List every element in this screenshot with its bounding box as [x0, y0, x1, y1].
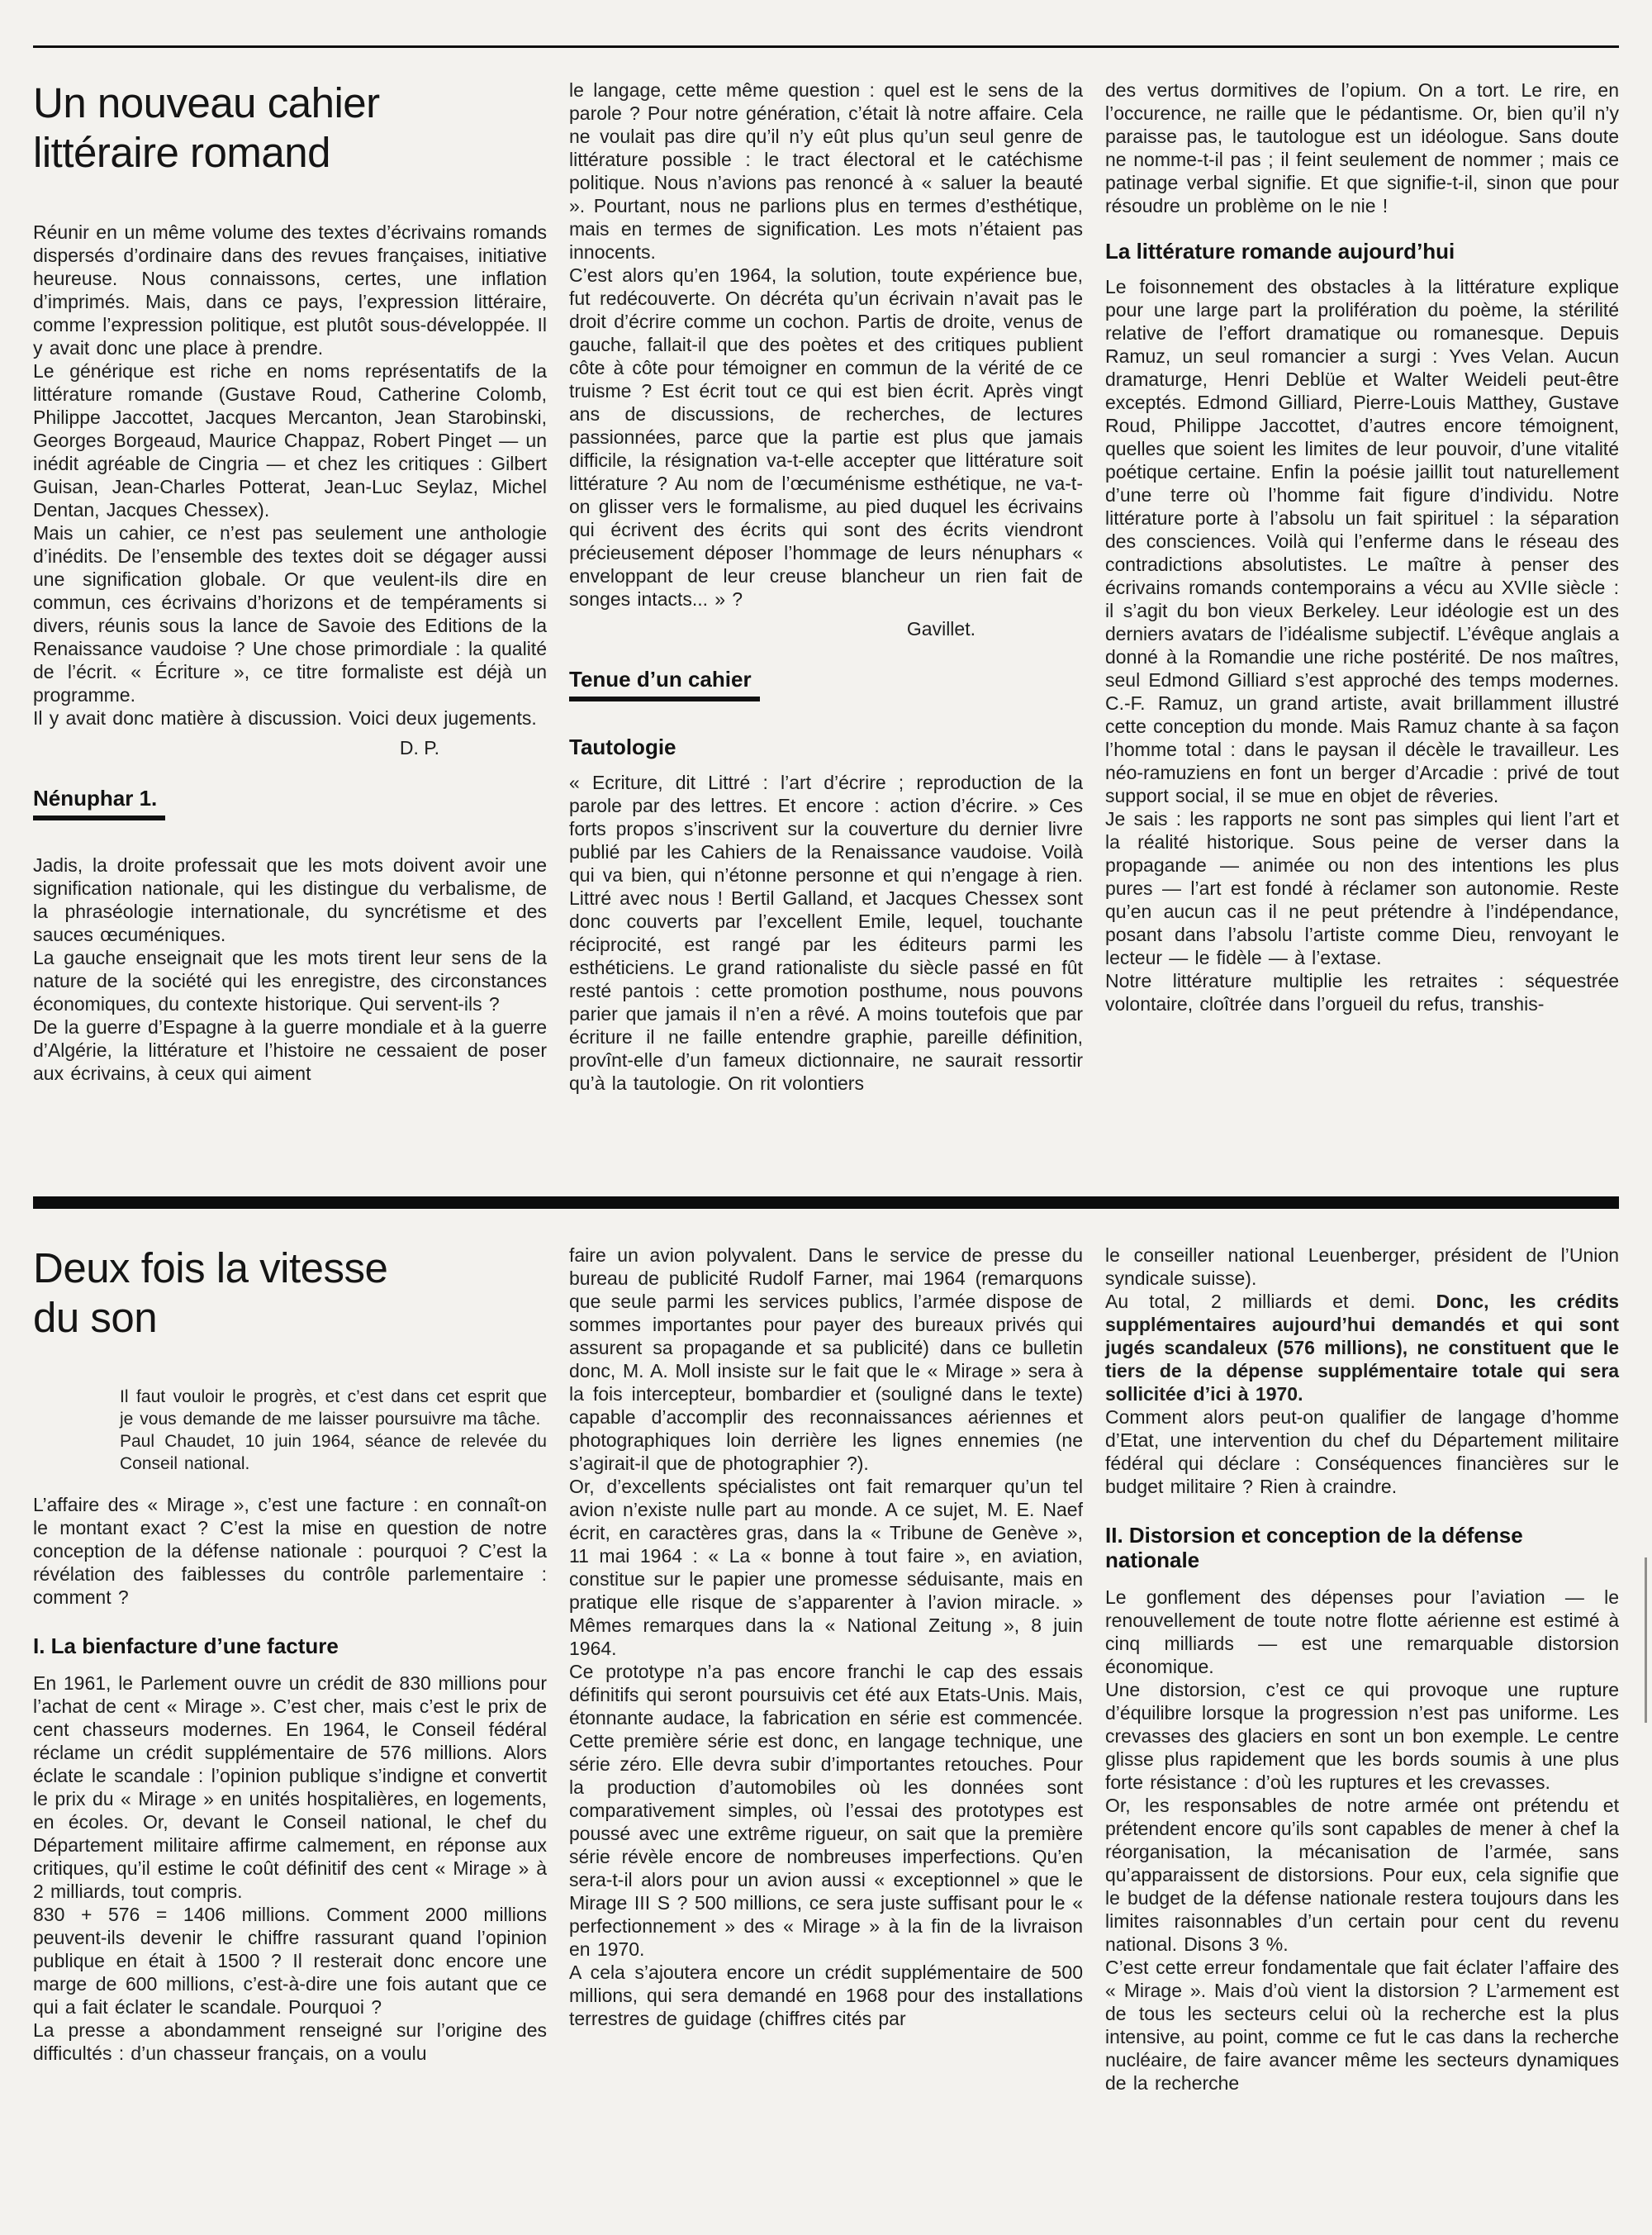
top-rule	[33, 45, 1619, 48]
article-mirage-column-3: le conseiller national Leuenberger, prés…	[1105, 1244, 1619, 2095]
paragraph: des vertus dormitives de l’opium. On a t…	[1105, 78, 1619, 217]
article-mirage-column-2: faire un avion polyvalent. Dans le servi…	[569, 1244, 1083, 2095]
subheading-litterature-romande: La littérature romande aujourd’hui	[1105, 239, 1619, 264]
paragraph: L’affaire des « Mirage », c’est une fact…	[33, 1493, 547, 1609]
paragraph: 830 + 576 = 1406 millions. Comment 2000 …	[33, 1903, 547, 2019]
section-heading-nenuphar: Nénuphar 1.	[33, 786, 547, 820]
paragraph: De la guerre d’Espagne à la guerre mondi…	[33, 1015, 547, 1085]
newspaper-page: Un nouveau cahier littéraire romand Réun…	[0, 0, 1652, 2235]
article-litterature-title: Un nouveau cahier littéraire romand	[33, 78, 547, 178]
paragraph: Or, d’excellents spécialistes ont fait r…	[569, 1475, 1083, 1660]
paragraph: Le gonflement des dépenses pour l’aviati…	[1105, 1586, 1619, 1678]
article-litterature-romande: Un nouveau cahier littéraire romand Réun…	[33, 78, 1619, 1095]
heading-distorsion: II. Distorsion et conception de la défen…	[1105, 1523, 1619, 1572]
paragraph: La gauche enseignait que les mots tirent…	[33, 946, 547, 1015]
section-heading-tenue-cahier-label: Tenue d’un cahier	[569, 667, 760, 701]
article-litterature-column-1: Un nouveau cahier littéraire romand Réun…	[33, 78, 547, 1095]
subheading-tautologie: Tautologie	[569, 735, 1083, 759]
heading-bienfacture: I. La bienfacture d’une facture	[33, 1633, 547, 1658]
paragraph: Comment alors peut-on qualifier de langa…	[1105, 1405, 1619, 1498]
paragraph-lead: Au total, 2 milliards et demi.	[1105, 1291, 1436, 1312]
paragraph: Il y avait donc matière à discussion. Vo…	[33, 706, 547, 730]
paragraph: Réunir en un même volume des textes d’éc…	[33, 221, 547, 359]
epigraph: Il faut vouloir le progrès, et c’est dan…	[120, 1386, 547, 1475]
paragraph: C’est cette erreur fondamentale que fait…	[1105, 1956, 1619, 2095]
signature-gavillet: Gavillet.	[569, 617, 1083, 640]
epigraph-quote: Il faut vouloir le progrès, et c’est dan…	[120, 1386, 547, 1430]
paragraph: Le foisonnement des obstacles à la litté…	[1105, 275, 1619, 807]
paragraph: En 1961, le Parlement ouvre un crédit de…	[33, 1671, 547, 1903]
article-mirage-column-1: Deux fois la vitesse du son Il faut voul…	[33, 1244, 547, 2095]
paragraph: Une distorsion, c’est ce qui provoque un…	[1105, 1678, 1619, 1794]
paragraph: Le générique est riche en noms représent…	[33, 359, 547, 521]
paragraph: Notre littérature multiplie les retraite…	[1105, 969, 1619, 1015]
paragraph: le conseiller national Leuenberger, prés…	[1105, 1244, 1619, 1290]
scan-edge-artifact	[1645, 1557, 1647, 1723]
article-mirage: Deux fois la vitesse du son Il faut voul…	[33, 1244, 1619, 2095]
paragraph: Je sais : les rapports ne sont pas simpl…	[1105, 807, 1619, 969]
epigraph-attribution: Paul Chaudet, 10 juin 1964, séance de re…	[120, 1430, 547, 1475]
paragraph: A cela s’ajoutera encore un crédit suppl…	[569, 1961, 1083, 2030]
paragraph: le langage, cette même question : quel e…	[569, 78, 1083, 264]
article-divider-rule	[33, 1196, 1619, 1209]
section-heading-tenue-cahier: Tenue d’un cahier	[569, 667, 1083, 701]
section-heading-nenuphar-label: Nénuphar 1.	[33, 786, 165, 820]
article-litterature-column-3: des vertus dormitives de l’opium. On a t…	[1105, 78, 1619, 1095]
paragraph: Or, les responsables de notre armée ont …	[1105, 1794, 1619, 1956]
paragraph: faire un avion polyvalent. Dans le servi…	[569, 1244, 1083, 1475]
paragraph: Mais un cahier, ce n’est pas seulement u…	[33, 521, 547, 706]
paragraph: Jadis, la droite professait que les mots…	[33, 854, 547, 946]
article-litterature-column-2: le langage, cette même question : quel e…	[569, 78, 1083, 1095]
paragraph: « Ecriture, dit Littré : l’art d’écrire …	[569, 771, 1083, 1095]
paragraph: C’est alors qu’en 1964, la solution, tou…	[569, 264, 1083, 611]
paragraph: La presse a abondamment renseigné sur l’…	[33, 2019, 547, 2065]
signature-dp: D. P.	[33, 736, 547, 759]
article-mirage-title: Deux fois la vitesse du son	[33, 1244, 547, 1343]
paragraph: Ce prototype n’a pas encore franchi le c…	[569, 1660, 1083, 1961]
paragraph: Au total, 2 milliards et demi. Donc, les…	[1105, 1290, 1619, 1405]
